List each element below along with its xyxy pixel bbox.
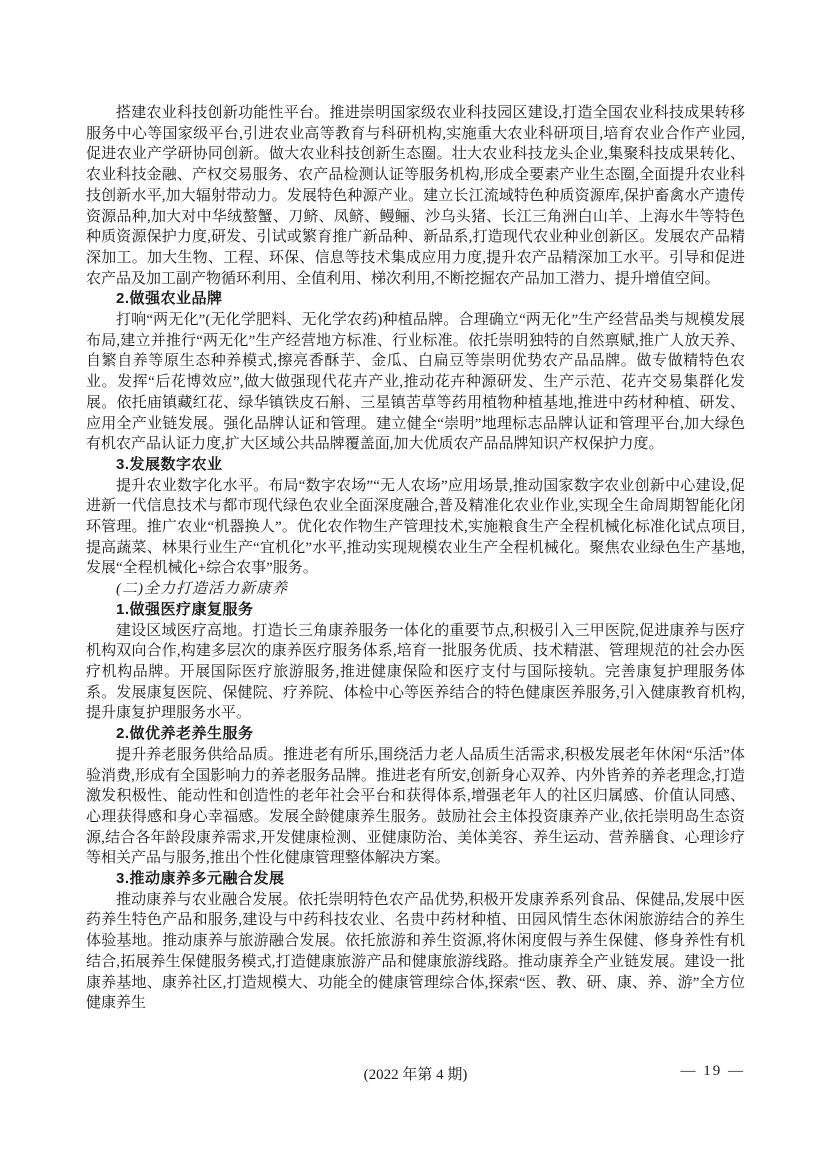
body-paragraph-agri-science-platform: 搭建农业科技创新功能性平台。推进崇明国家级农业科技园区建设,打造全国农业科技成果… (86, 103, 745, 289)
page-footer: (2022 年第 4 期) — 19 — (86, 1063, 745, 1085)
body-paragraph-digital-agriculture: 提升农业数字化水平。布局“数字农场”“无人农场”应用场景,推动国家数字农业创新中… (86, 476, 745, 580)
section-heading-agriculture-brand: 2.做强农业品牌 (86, 289, 745, 310)
body-paragraph-elderly-care: 提升养老服务供给品质。推进老有所乐,围绕活力老人品质生活需求,积极发展老年休闲“… (86, 745, 745, 869)
body-paragraph-kangyang-integration: 推动康养与农业融合发展。依托崇明特色农产品优势,积极开发康养系列食品、保健品,发… (86, 890, 745, 1014)
document-page: 搭建农业科技创新功能性平台。推进崇明国家级农业科技园区建设,打造全国农业科技成果… (0, 0, 827, 1170)
journal-issue-label: (2022 年第 4 期) (364, 1063, 468, 1084)
document-body: 搭建农业科技创新功能性平台。推进崇明国家级农业科技园区建设,打造全国农业科技成果… (86, 103, 745, 1014)
section-heading-medical-rehab: 1.做强医疗康复服务 (86, 600, 745, 621)
section-heading-elderly-care: 2.做优养老养生服务 (86, 724, 745, 745)
section-heading-kangyang-integration: 3.推动康养多元融合发展 (86, 869, 745, 890)
section-heading-digital-agriculture: 3.发展数字农业 (86, 455, 745, 476)
body-paragraph-medical-rehab: 建设区域医疗高地。打造长三角康养服务一体化的重要节点,积极引入三甲医院,促进康养… (86, 621, 745, 725)
page-number: — 19 — (681, 1063, 746, 1080)
subsection-heading-new-kangyang: (二)全力打造活力新康养 (86, 579, 745, 600)
body-paragraph-agriculture-brand: 打响“两无化”(无化学肥料、无化学农药)种植品牌。合理确立“两无化”生产经营品类… (86, 310, 745, 455)
